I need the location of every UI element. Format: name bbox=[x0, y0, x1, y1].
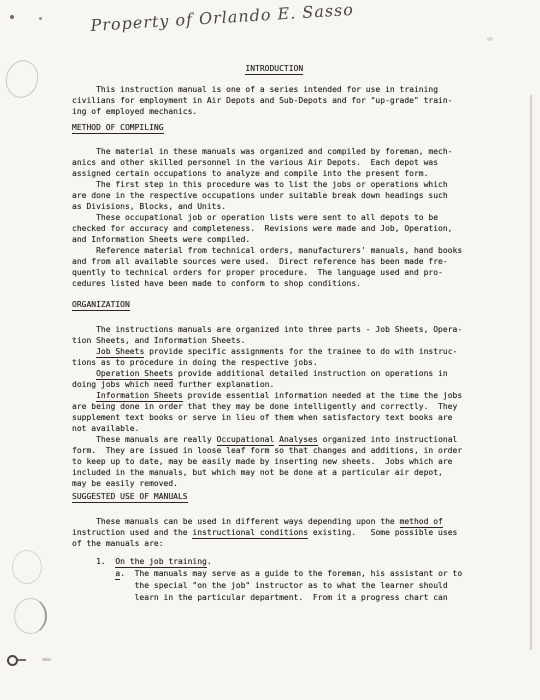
text-line: a. The manuals may serve as a guide to t… bbox=[72, 568, 484, 580]
text-line: These manuals can be used in different w… bbox=[72, 516, 484, 527]
pencil-circle-artifact bbox=[2, 57, 42, 102]
text-segment: and Information Sheets were compiled. bbox=[72, 235, 250, 244]
text-line: Information Sheets provide essential inf… bbox=[72, 390, 484, 401]
text-block: 1. On the job training. a. The manuals m… bbox=[72, 556, 484, 604]
text-segment: This instruction manual is one of a seri… bbox=[72, 85, 438, 94]
ring-mark-artifact bbox=[7, 655, 18, 666]
text-line: and from all available sources were used… bbox=[72, 256, 484, 267]
text-segment: quently to technical orders for proper p… bbox=[72, 268, 443, 277]
text-line: are being done in order that they may be… bbox=[72, 401, 484, 412]
text-segment: civilians for employment in Air Depots a… bbox=[72, 96, 453, 105]
text-segment: instruction used and the bbox=[72, 528, 192, 537]
text-segment: tion Sheets, and Information Sheets. bbox=[72, 336, 245, 345]
text-line: SUGGESTED USE OF MANUALS bbox=[72, 491, 484, 502]
text-segment: form. They are issued in loose leaf form… bbox=[72, 446, 462, 455]
text-line: tion Sheets, and Information Sheets. bbox=[72, 335, 484, 346]
text-segment: cedures listed have been made to conform… bbox=[72, 279, 361, 288]
underlined-text: SUGGESTED USE OF MANUALS bbox=[72, 492, 188, 503]
text-line: Job Sheets provide specific assignments … bbox=[72, 346, 484, 357]
text-line: The material in these manuals was organi… bbox=[72, 146, 484, 157]
text-segment: not available. bbox=[72, 424, 139, 433]
text-line: Operation Sheets provide additional deta… bbox=[72, 368, 484, 379]
text-block: The material in these manuals was organi… bbox=[72, 146, 484, 289]
text-line: checked for accuracy and completeness. R… bbox=[72, 223, 484, 234]
underlined-text: Occupational bbox=[217, 435, 275, 446]
ink-dot-artifact bbox=[39, 17, 42, 20]
text-segment: . The manuals may serve as a guide to th… bbox=[120, 569, 462, 578]
text-segment: ing of employed mechanics. bbox=[72, 107, 197, 116]
text-segment: tions as to procedure in doing the respe… bbox=[72, 358, 318, 367]
text-line: This instruction manual is one of a seri… bbox=[72, 84, 484, 95]
text-line: ing of employed mechanics. bbox=[72, 106, 484, 117]
pencil-circle-artifact bbox=[12, 550, 42, 584]
text-line: assigned certain occupations to analyze … bbox=[72, 168, 484, 179]
section-heading: SUGGESTED USE OF MANUALS bbox=[72, 491, 484, 502]
text-line: anics and other skilled personnel in the… bbox=[72, 157, 484, 168]
section-heading: INTRODUCTION bbox=[72, 63, 484, 74]
text-line: These manuals are really Occupational An… bbox=[72, 434, 484, 445]
text-segment bbox=[72, 391, 96, 400]
text-segment: may be easily removed. bbox=[72, 479, 178, 488]
pencil-circle-artifact bbox=[14, 598, 47, 634]
text-segment: These manuals are really bbox=[72, 435, 217, 444]
text-line: the special "on the job" instructor as t… bbox=[72, 580, 484, 592]
text-segment: provide specific assignments for the tra… bbox=[144, 347, 457, 356]
text-line: form. They are issued in loose leaf form… bbox=[72, 445, 484, 456]
underlined-text: ORGANIZATION bbox=[72, 300, 130, 311]
text-line: are done in the respective occupations u… bbox=[72, 190, 484, 201]
text-segment bbox=[72, 569, 115, 578]
text-segment: to keep up to date, may be easily made b… bbox=[72, 457, 453, 466]
underlined-text: Job Sheets bbox=[96, 347, 144, 358]
text-segment: These manuals can be used in different w… bbox=[72, 517, 400, 526]
underlined-text: Operation Sheets bbox=[96, 369, 173, 380]
text-segment: doing jobs which need further explanatio… bbox=[72, 380, 274, 389]
text-line: These occupational job or operation list… bbox=[72, 212, 484, 223]
text-segment: These occupational job or operation list… bbox=[72, 213, 438, 222]
text-segment: of the manuals are: bbox=[72, 539, 164, 548]
text-line: The instructions manuals are organized i… bbox=[72, 324, 484, 335]
text-segment: as Divisions, Blocks, and Units. bbox=[72, 202, 226, 211]
underlined-text: instructional conditions bbox=[192, 528, 308, 539]
text-segment: supplement text books or serve in lieu o… bbox=[72, 413, 453, 422]
text-line: learn in the particular department. From… bbox=[72, 592, 484, 604]
text-line: tions as to procedure in doing the respe… bbox=[72, 357, 484, 368]
text-line: INTRODUCTION bbox=[72, 63, 484, 74]
document-text: INTRODUCTION This instruction manual is … bbox=[72, 63, 484, 604]
text-line: as Divisions, Blocks, and Units. bbox=[72, 201, 484, 212]
handwritten-ownership-note: Property of Orlando E. Sasso bbox=[90, 0, 351, 35]
text-segment: The material in these manuals was organi… bbox=[72, 147, 453, 156]
text-line: instruction used and the instructional c… bbox=[72, 527, 484, 538]
text-line: 1. On the job training. bbox=[72, 556, 484, 568]
text-segment: provide additional detailed instruction … bbox=[173, 369, 448, 378]
text-segment: and from all available sources were used… bbox=[72, 257, 448, 266]
text-line: supplement text books or serve in lieu o… bbox=[72, 412, 484, 423]
text-segment bbox=[72, 369, 96, 378]
smudge-artifact bbox=[42, 658, 51, 661]
text-segment: the special "on the job" instructor as t… bbox=[72, 581, 448, 590]
text-block: The instructions manuals are organized i… bbox=[72, 324, 484, 489]
text-line: doing jobs which need further explanatio… bbox=[72, 379, 484, 390]
section-heading: METHOD OF COMPILING bbox=[72, 122, 484, 133]
text-line: and Information Sheets were compiled. bbox=[72, 234, 484, 245]
scanned-page: Property of Orlando E. Sasso INTRODUCTIO… bbox=[0, 0, 540, 700]
text-segment: checked for accuracy and completeness. R… bbox=[72, 224, 453, 233]
text-segment: existing. Some possible uses bbox=[308, 528, 457, 537]
text-line: cedures listed have been made to conform… bbox=[72, 278, 484, 289]
text-line: civilians for employment in Air Depots a… bbox=[72, 95, 484, 106]
underlined-text: METHOD OF COMPILING bbox=[72, 123, 164, 134]
text-line: included in the manuals, but which may n… bbox=[72, 467, 484, 478]
text-line: METHOD OF COMPILING bbox=[72, 122, 484, 133]
text-block: This instruction manual is one of a seri… bbox=[72, 84, 484, 117]
text-segment: The instructions manuals are organized i… bbox=[72, 325, 462, 334]
underlined-text: Information Sheets bbox=[96, 391, 183, 402]
section-heading: ORGANIZATION bbox=[72, 299, 484, 310]
text-segment: . bbox=[207, 557, 212, 566]
text-segment: are being done in order that they may be… bbox=[72, 402, 457, 411]
text-line: may be easily removed. bbox=[72, 478, 484, 489]
text-segment: The first step in this procedure was to … bbox=[72, 180, 448, 189]
text-segment bbox=[72, 64, 245, 73]
text-segment bbox=[72, 347, 96, 356]
underlined-text: INTRODUCTION bbox=[245, 64, 303, 75]
text-segment: Reference material from technical orders… bbox=[72, 246, 462, 255]
text-segment: included in the manuals, but which may n… bbox=[72, 468, 443, 477]
text-line: of the manuals are: bbox=[72, 538, 484, 549]
text-segment: provide essential information needed at … bbox=[183, 391, 462, 400]
text-line: not available. bbox=[72, 423, 484, 434]
text-segment: assigned certain occupations to analyze … bbox=[72, 169, 428, 178]
ink-dot-artifact bbox=[10, 15, 14, 19]
underlined-text: method of bbox=[400, 517, 443, 528]
text-line: to keep up to date, may be easily made b… bbox=[72, 456, 484, 467]
text-line: The first step in this procedure was to … bbox=[72, 179, 484, 190]
underlined-text: On the job training bbox=[115, 557, 207, 568]
underlined-text: Analyses bbox=[279, 435, 318, 446]
text-segment: organized into instructional bbox=[318, 435, 458, 444]
text-line: ORGANIZATION bbox=[72, 299, 484, 310]
text-segment: are done in the respective occupations u… bbox=[72, 191, 448, 200]
page-edge-shadow bbox=[530, 95, 532, 650]
text-segment: anics and other skilled personnel in the… bbox=[72, 158, 438, 167]
text-line: quently to technical orders for proper p… bbox=[72, 267, 484, 278]
text-line: Reference material from technical orders… bbox=[72, 245, 484, 256]
text-segment: learn in the particular department. From… bbox=[72, 593, 448, 602]
smudge-artifact bbox=[487, 37, 493, 41]
text-segment: 1. bbox=[72, 557, 115, 566]
text-block: These manuals can be used in different w… bbox=[72, 516, 484, 549]
